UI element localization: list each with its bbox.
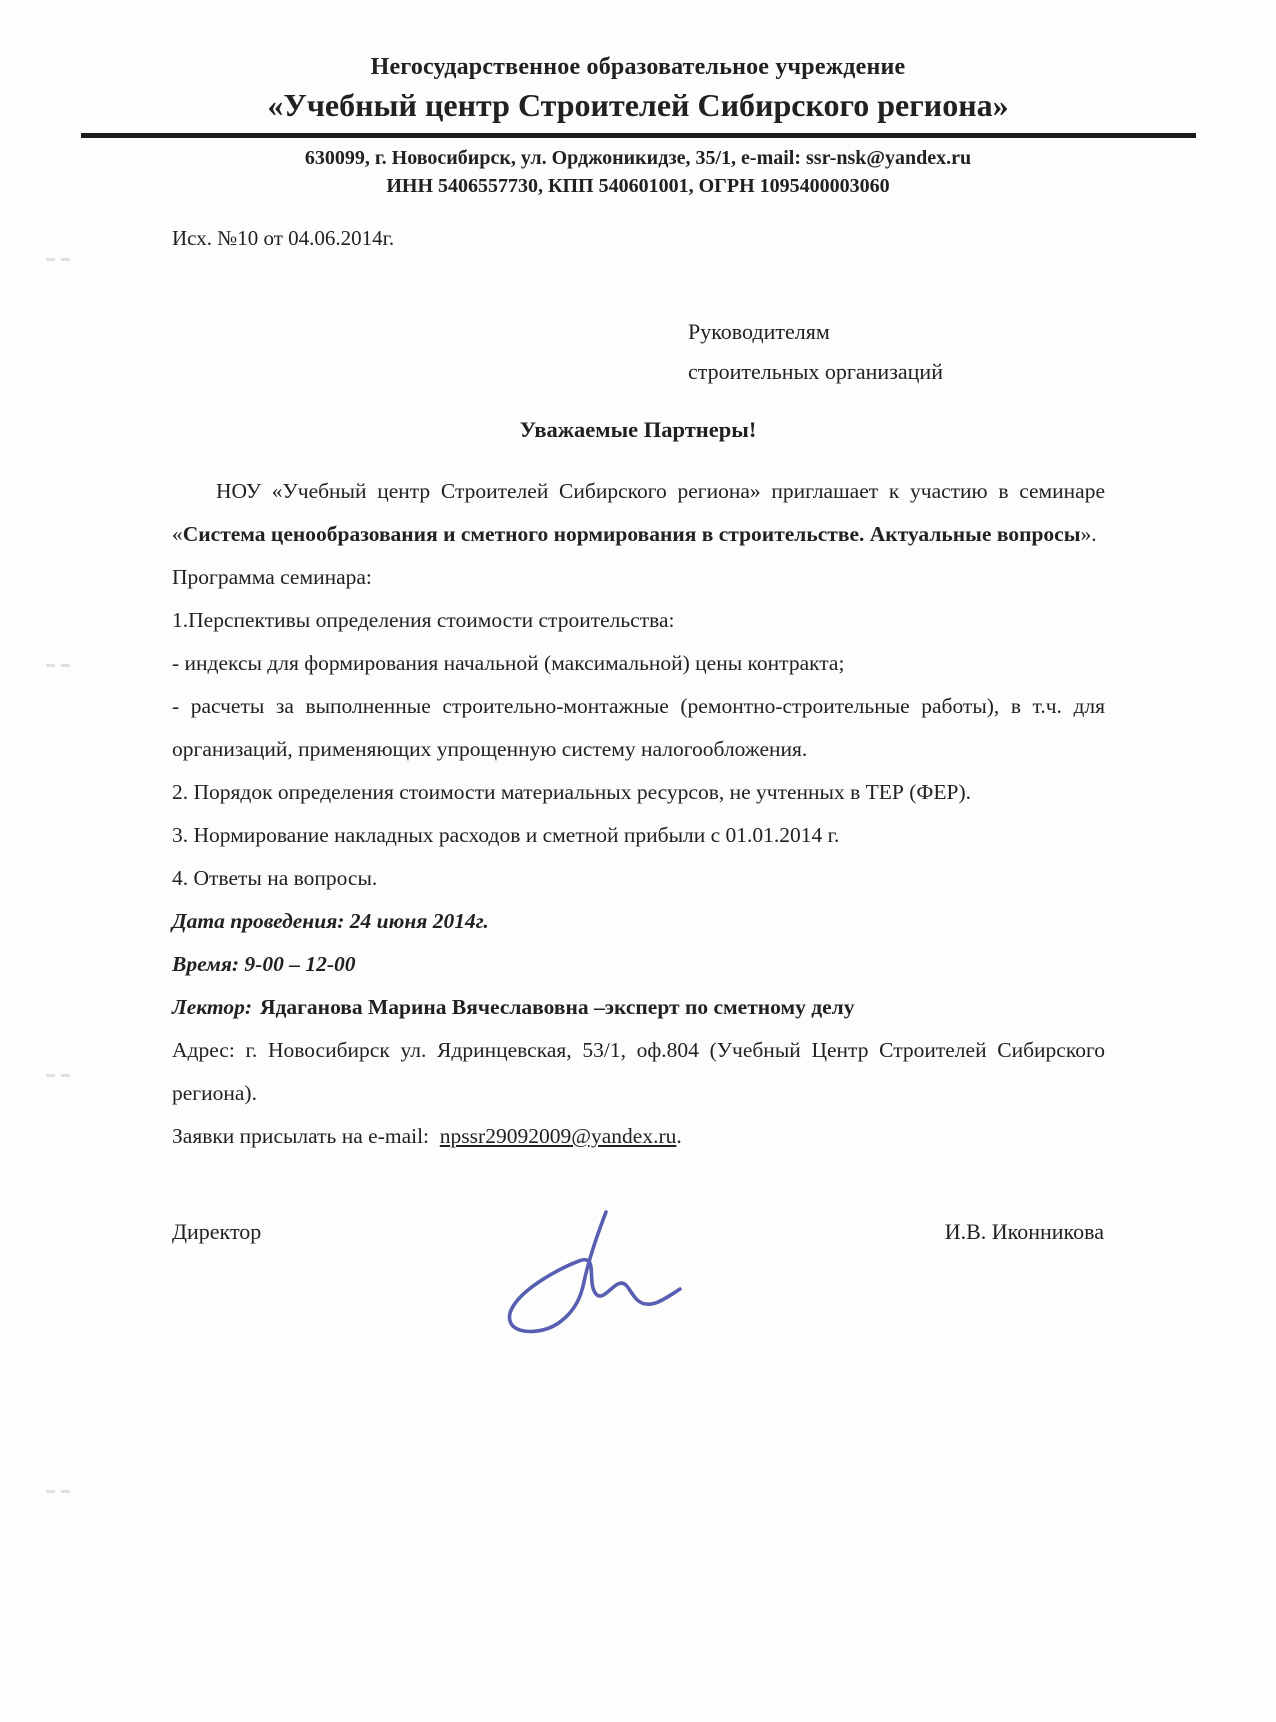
scan-artifact-mark <box>46 258 70 261</box>
program-item: 4. Ответы на вопросы. <box>172 857 1105 900</box>
email-prefix: Заявки присылать на e-mail: <box>172 1124 429 1148</box>
email-suffix: . <box>676 1124 681 1148</box>
program-item: - индексы для формирования начальной (ма… <box>172 642 1105 685</box>
email-link[interactable]: npssr29092009@yandex.ru <box>440 1124 677 1148</box>
letterhead: Негосударственное образовательное учрежд… <box>0 0 1276 199</box>
scanned-letter: Негосударственное образовательное учрежд… <box>0 0 1276 1722</box>
scan-artifact-mark <box>46 664 70 667</box>
time-line: Время: 9-00 – 12-00 <box>172 943 1105 986</box>
letterhead-registration: ИНН 5406557730, КПП 540601001, ОГРН 1095… <box>0 173 1276 199</box>
signature-row: Директор И.В. Иконникова <box>172 1218 1104 1246</box>
date-line: Дата проведения: 24 июня 2014г. <box>172 900 1105 943</box>
program-item: 3. Нормирование накладных расходов и сме… <box>172 814 1105 857</box>
salutation: Уважаемые Партнеры! <box>0 416 1276 444</box>
scan-artifact-mark <box>46 1074 70 1077</box>
program-item: 2. Порядок определения стоимости материа… <box>172 771 1105 814</box>
lecturer-line: Лектор:Ядаганова Марина Вячеславовна –эк… <box>172 986 1105 1029</box>
org-name-line: «Учебный центр Строителей Сибирского рег… <box>0 85 1276 125</box>
director-name: И.В. Иконникова <box>945 1218 1104 1246</box>
seminar-title-bold: Система ценообразования и сметного норми… <box>183 522 1081 546</box>
recipient-block: Руководителям строительных организаций <box>688 312 1276 392</box>
letterhead-rule <box>81 133 1196 138</box>
address-line: Адрес: г. Новосибирск ул. Ядринцевская, … <box>172 1029 1105 1115</box>
outgoing-number-line: Исх. №10 от 04.06.2014г. <box>172 225 1276 252</box>
intro-paragraph: НОУ «Учебный центр Строителей Сибирского… <box>172 470 1105 556</box>
recipient-line: строительных организаций <box>688 352 1276 392</box>
intro-close: ». <box>1081 522 1097 546</box>
program-title: Программа семинара: <box>172 556 1105 599</box>
lecturer-name: Ядаганова Марина Вячеславовна –эксперт п… <box>260 995 854 1019</box>
director-title: Директор <box>172 1218 261 1246</box>
lecturer-label: Лектор: <box>172 995 252 1019</box>
program-item: - расчеты за выполненные строительно-мон… <box>172 685 1105 771</box>
application-line: Заявки присылать на e-mail: npssr2909200… <box>172 1115 1105 1158</box>
letterhead-address: 630099, г. Новосибирск, ул. Орджоникидзе… <box>0 145 1276 171</box>
recipient-line: Руководителям <box>688 312 1276 352</box>
scan-artifact-mark <box>46 1490 70 1493</box>
program-item: 1.Перспективы определения стоимости стро… <box>172 599 1105 642</box>
org-type-line: Негосударственное образовательное учрежд… <box>0 52 1276 82</box>
letter-body: НОУ «Учебный центр Строителей Сибирского… <box>172 470 1105 1158</box>
